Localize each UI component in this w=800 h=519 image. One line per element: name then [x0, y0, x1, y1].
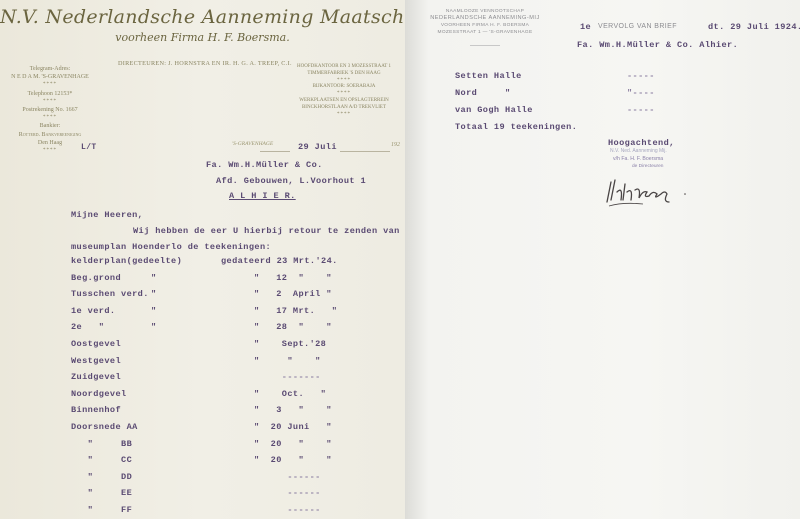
- former-name-small: Voorheen Firma H. F. Boersma: [415, 22, 555, 29]
- head-office: Hoofdkantoor en 3 Mozesstraat 1: [288, 64, 400, 71]
- item-name: Nord ": [455, 88, 511, 98]
- offices-block: Hoofdkantoor en 3 Mozesstraat 1 Timmerfa…: [288, 64, 400, 118]
- carpentry: Timmerfabriek 's Den Haag: [288, 71, 400, 78]
- drawing-name: kelderplan(gedeelte): [71, 256, 182, 266]
- bank-name: Rotterd. Bankvereeniging: [0, 131, 100, 139]
- drawing-ditto: ": [151, 273, 157, 283]
- item-value: -----: [627, 105, 655, 115]
- table-row: Binnenhof " 3 " ": [71, 405, 401, 422]
- table-row: " EE ------: [71, 488, 401, 505]
- table-row: " FF ------: [71, 505, 401, 519]
- recipient-line-2: Afd. Gebouwen, L.Voorhout 1: [216, 176, 366, 186]
- letter-page-2: Naamlooze Vennootschap Nederlandsche Aan…: [405, 0, 800, 519]
- separator: ****: [288, 112, 400, 119]
- address-small: Mozesstraat 1 — 's-Gravenhage: [415, 29, 555, 36]
- drawing-date: " 2 April ": [254, 289, 332, 299]
- drawing-name: " EE: [71, 488, 132, 498]
- table-row: Westgevel " " ": [71, 356, 401, 373]
- drawing-ditto: ": [151, 306, 157, 316]
- company-name: N.V. Nederlandsche Aanneming Maatschappi…: [0, 6, 405, 28]
- drawing-date: " 17 Mrt. ": [254, 306, 337, 316]
- branch-office: Bijkantoor: Soerabaja: [288, 84, 400, 91]
- contact-block: Telegram-Adres: N E D A M. 's-Gravenhage…: [0, 65, 100, 155]
- body-line-1: Wij hebben de eer U hierbij retour te ze…: [133, 226, 422, 236]
- postal-account: Postrekening No. 1667: [0, 106, 100, 114]
- table-row: Doorsnede AA " 20 Juni ": [71, 422, 401, 439]
- drawing-date: ------: [254, 505, 321, 515]
- drawing-date: gedateerd 23 Mrt.'24.: [221, 256, 338, 266]
- stamp-line-2: v/h Fa. H. F. Boersma: [613, 156, 663, 162]
- stamp-line-1: N.V. Ned. Aanneming Mij.: [610, 148, 667, 154]
- drawing-date: " 20 Juni ": [254, 422, 332, 432]
- separator: ****: [288, 78, 400, 85]
- drawing-date: " " ": [254, 356, 321, 366]
- drawing-date: ------: [254, 472, 321, 482]
- recipient-line-3: A L H I E R.: [229, 191, 296, 201]
- recipient-line-1: Fa. Wm.H.Müller & Co.: [206, 160, 323, 170]
- separator: ****: [0, 81, 100, 89]
- date-rule-left: [260, 151, 290, 152]
- signature-icon: [603, 172, 703, 212]
- drawing-date: ------: [254, 488, 321, 498]
- telephone: Telephoon 12153*: [0, 90, 100, 98]
- drawing-name: Beg.grond: [71, 273, 121, 283]
- separator: ****: [288, 91, 400, 98]
- drawing-date: " 12 " ": [254, 273, 332, 283]
- drawing-date: " 3 " ": [254, 405, 332, 415]
- drawing-name: " BB: [71, 439, 132, 449]
- drawing-name: 2e ": [71, 322, 104, 332]
- salutation: Mijne Heeren,: [71, 210, 143, 220]
- former-company-name: voorheen Firma H. F. Boersma.: [0, 31, 405, 44]
- table-row: " BB " 20 " ": [71, 439, 401, 456]
- drawing-date: " 20 " ": [254, 455, 332, 465]
- drawing-name: " DD: [71, 472, 132, 482]
- drawing-date: " 28 " ": [254, 322, 332, 332]
- letter-page-1: N.V. Nederlandsche Aanneming Maatschappi…: [0, 0, 405, 519]
- year-printed: 192: [391, 142, 400, 148]
- signature: [603, 172, 703, 212]
- separator: ****: [0, 114, 100, 122]
- telegram-address: N E D A M. 's-Gravenhage: [0, 73, 100, 81]
- table-row: 1e verd. " " 17 Mrt. ": [71, 306, 401, 323]
- drawing-date: -------: [254, 372, 321, 382]
- table-row: Tusschen verd. " " 2 April ": [71, 289, 401, 306]
- table-row: Zuidgevel -------: [71, 372, 401, 389]
- workshops: Werkplaatsen en Opslagterrein: [288, 98, 400, 105]
- drawing-name: Oostgevel: [71, 339, 121, 349]
- table-row: kelderplan(gedeelte) gedateerd 23 Mrt.'2…: [71, 256, 401, 273]
- table-row: " DD ------: [71, 472, 401, 489]
- body-line-2: museumplan Hoenderlo de teekeningen:: [71, 242, 271, 252]
- continuation-label: Vervolg van brief: [598, 23, 677, 30]
- drawing-date: " 20 " ": [254, 439, 332, 449]
- drawing-name: Tusschen verd.: [71, 289, 149, 299]
- table-row: Oostgevel " Sept.'28: [71, 339, 401, 356]
- drawings-table: kelderplan(gedeelte) gedateerd 23 Mrt.'2…: [71, 256, 401, 519]
- continuation-date: dt. 29 Juli 1924.: [708, 22, 800, 32]
- drawing-name: Binnenhof: [71, 405, 121, 415]
- reference-code: L/T: [81, 143, 97, 152]
- telegram-label: Telegram-Adres:: [0, 65, 100, 73]
- workshops-address: Binckhorstlaan a/d Trekvliet: [288, 105, 400, 112]
- drawing-ditto: ": [151, 289, 157, 299]
- item-name: van Gogh Halle: [455, 105, 533, 115]
- stamp-line-3: de Directeuren: [632, 164, 663, 169]
- banker-label: Bankier:: [0, 122, 100, 130]
- company-type: Naamlooze Vennootschap: [415, 8, 555, 15]
- continuation-number: 1e: [580, 22, 591, 32]
- table-row: " CC " 20 " ": [71, 455, 401, 472]
- directors-line: Directeuren: J. Hornstra en Ir. H. G. A.…: [118, 60, 292, 67]
- table-row: Beg.grond " " 12 " ": [71, 273, 401, 290]
- continuation-addressee: Fa. Wm.H.Müller & Co. Alhier.: [577, 40, 738, 50]
- drawing-name: 1e verd.: [71, 306, 115, 316]
- item-value: "----: [627, 88, 655, 98]
- letterhead-small: Naamlooze Vennootschap Nederlandsche Aan…: [415, 8, 555, 36]
- closing: Hoogachtend,: [608, 138, 675, 148]
- drawing-name: Noordgevel: [71, 389, 127, 399]
- total-line: Totaal 19 teekeningen.: [455, 122, 577, 132]
- drawing-date: " Oct. ": [254, 389, 326, 399]
- drawing-name: Westgevel: [71, 356, 121, 366]
- letterhead-rule: [470, 45, 500, 46]
- item-name: Setten Halle: [455, 71, 522, 81]
- place-printed: 's-Gravenhage: [232, 141, 273, 147]
- drawing-date: " Sept.'28: [254, 339, 326, 349]
- drawing-name: Doorsnede AA: [71, 422, 138, 432]
- date-rule-right: [340, 151, 390, 152]
- drawing-name: " FF: [71, 505, 132, 515]
- table-row: Noordgevel " Oct. ": [71, 389, 401, 406]
- separator: ****: [0, 98, 100, 106]
- company-name-small: Nederlandsche Aanneming-Mij: [415, 15, 555, 22]
- drawing-ditto: ": [151, 322, 157, 332]
- drawing-name: Zuidgevel: [71, 372, 121, 382]
- letter-date: 29 Juli: [298, 142, 337, 152]
- item-value: -----: [627, 71, 655, 81]
- table-row: 2e " " " 28 " ": [71, 322, 401, 339]
- drawing-name: " CC: [71, 455, 132, 465]
